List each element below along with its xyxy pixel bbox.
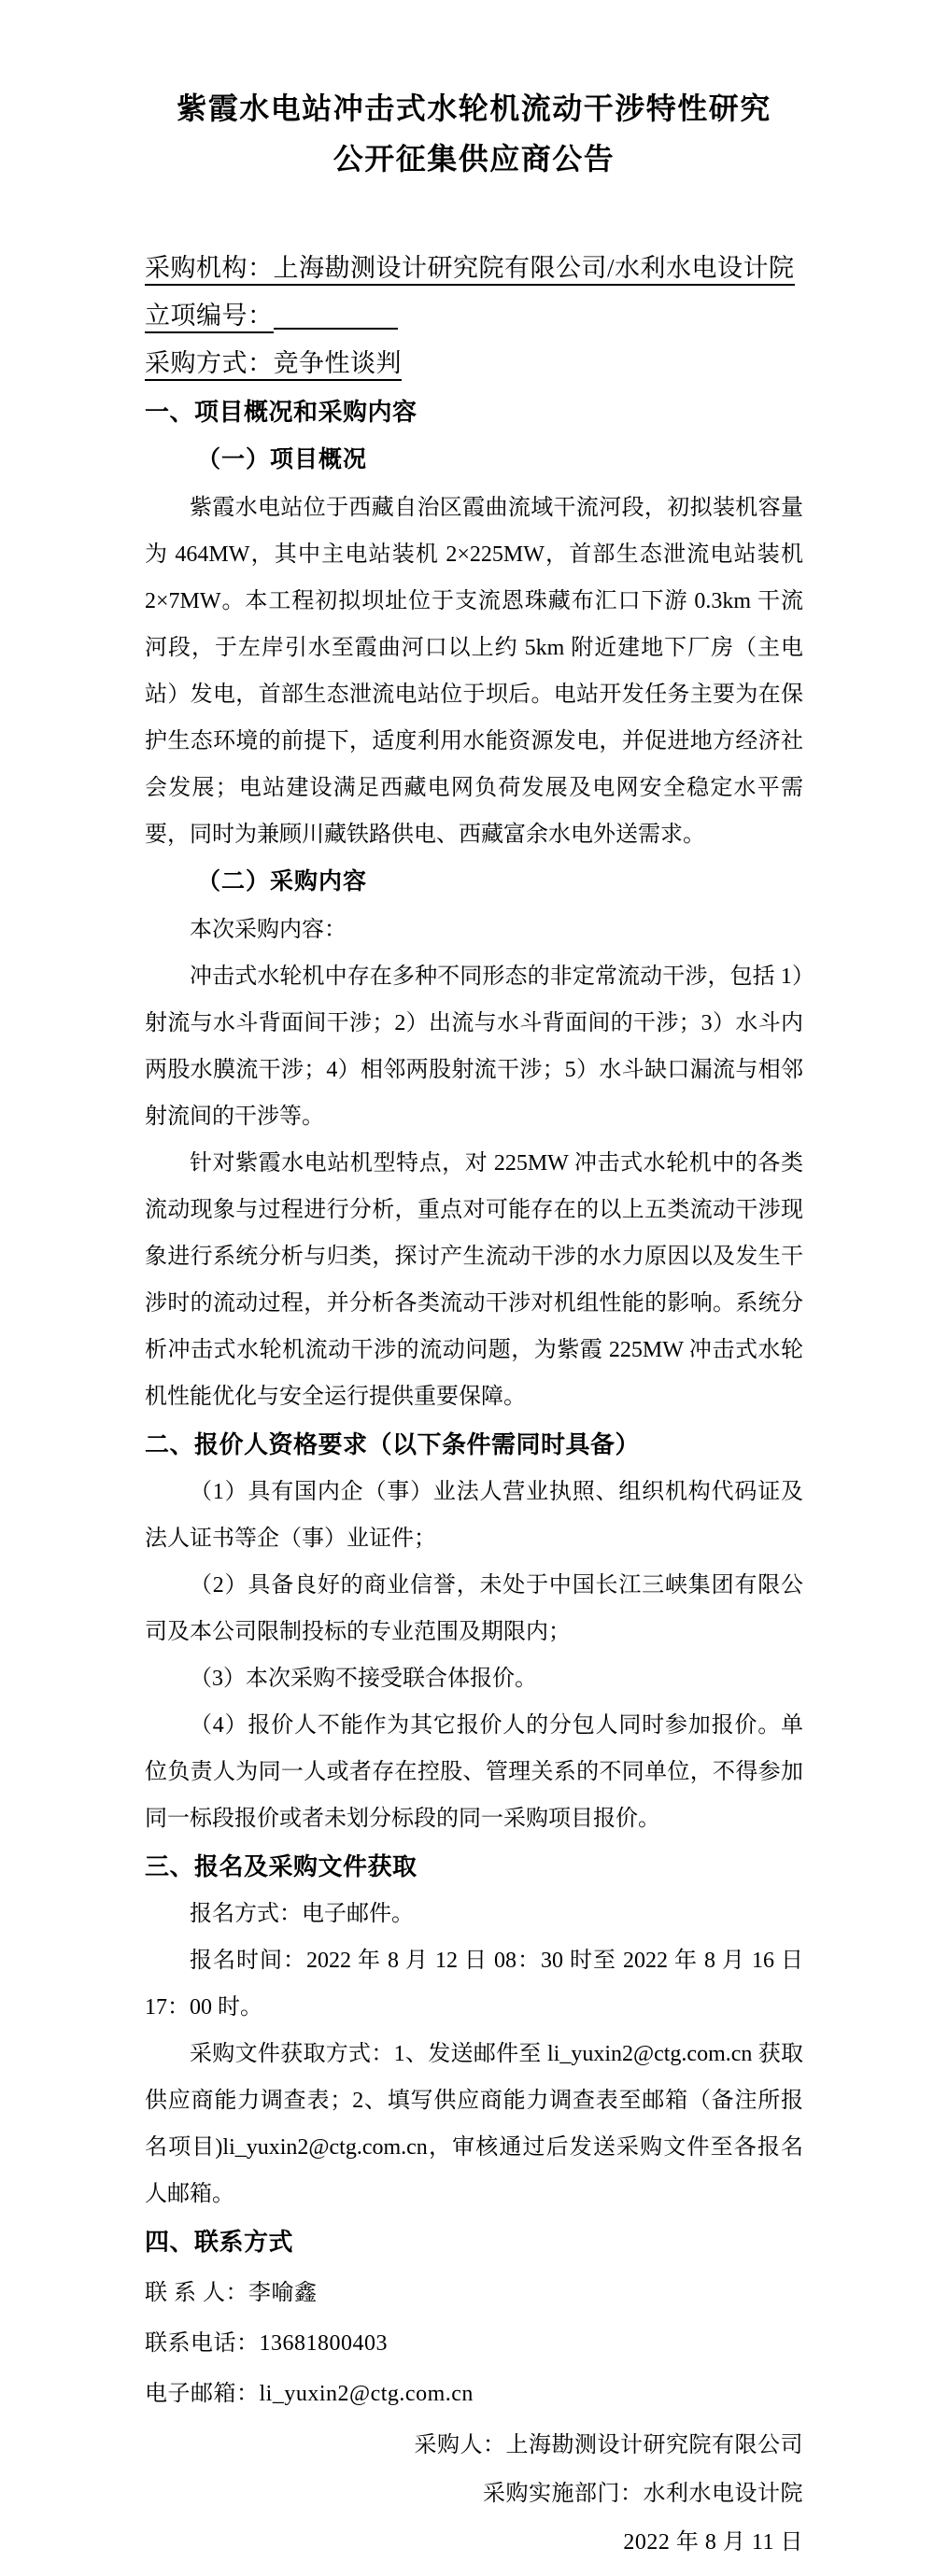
contact-person-line: 联 系 人：李喻鑫	[145, 2268, 803, 2318]
announcement-date: 2022 年 8 月 11 日	[145, 2518, 803, 2567]
signature-block: 采购人：上海勘测设计研究院有限公司 采购实施部门：水利水电设计院 2022 年 …	[145, 2419, 803, 2567]
implementing-department-line: 采购实施部门：水利水电设计院	[145, 2470, 803, 2518]
project-number-label: 立项编号：	[145, 302, 274, 333]
project-number-blank	[274, 305, 398, 330]
contact-email-line: 电子邮箱：li_yuxin2@ctg.com.cn	[145, 2369, 803, 2419]
project-overview-paragraph: 紫霞水电站位于西藏自治区霞曲流域干流河段，初拟装机容量为 464MW，其中主电站…	[145, 485, 803, 858]
section4-heading: 四、联系方式	[145, 2217, 803, 2266]
procurement-content-intro: 本次采购内容：	[145, 907, 803, 953]
document-acquisition-paragraph: 采购文件获取方式：1、发送邮件至 li_yuxin2@ctg.com.cn 获取…	[145, 2031, 803, 2217]
procurement-method-text: 采购方式：竞争性谈判	[145, 349, 402, 381]
purchaser-line: 采购人：上海勘测设计研究院有限公司	[145, 2421, 803, 2470]
registration-method-paragraph: 报名方式：电子邮件。	[145, 1891, 803, 1937]
contact-info: 联 系 人：李喻鑫 联系电话：13681800403 电子邮箱：li_yuxin…	[145, 2266, 803, 2419]
qualification-item-1: （1）具有国内企（事）业法人营业执照、组织机构代码证及法人证书等企（事）业证件；	[145, 1469, 803, 1562]
section1-heading: 一、项目概况和采购内容	[145, 387, 803, 436]
qualification-item-3: （3）本次采购不接受联合体报价。	[145, 1655, 803, 1702]
procurement-content-paragraph-1: 冲击式水轮机中存在多种不同形态的非定常流动干涉，包括 1）射流与水斗背面间干涉；…	[145, 953, 803, 1140]
procurement-agency-field: 采购机构：上海勘测设计研究院有限公司/水利水电设计院	[145, 245, 803, 292]
project-number-field: 立项编号：	[145, 292, 803, 340]
header-fields: 采购机构：上海勘测设计研究院有限公司/水利水电设计院 立项编号： 采购方式：竞争…	[145, 177, 803, 387]
section1-sub1-heading: （一）项目概况	[145, 436, 803, 485]
section2-heading: 二、报价人资格要求（以下条件需同时具备）	[145, 1420, 803, 1469]
qualification-item-2: （2）具备良好的商业信誉，未处于中国长江三峡集团有限公司及本公司限制投标的专业范…	[145, 1562, 803, 1655]
section1-sub2-heading: （二）采购内容	[145, 858, 803, 907]
contact-phone-line: 联系电话：13681800403	[145, 2318, 803, 2369]
document-title-line2: 公开征集供应商公告	[145, 127, 803, 177]
qualification-item-4: （4）报价人不能作为其它报价人的分包人同时参加报价。单位负责人为同一人或者存在控…	[145, 1702, 803, 1842]
procurement-agency-text: 采购机构：上海勘测设计研究院有限公司/水利水电设计院	[145, 254, 795, 286]
procurement-content-paragraph-2: 针对紫霞水电站机型特点，对 225MW 冲击式水轮机中的各类流动现象与过程进行分…	[145, 1140, 803, 1420]
procurement-method-field: 采购方式：竞争性谈判	[145, 340, 803, 387]
section3-heading: 三、报名及采购文件获取	[145, 1842, 803, 1891]
registration-time-paragraph: 报名时间：2022 年 8 月 12 日 08：30 时至 2022 年 8 月…	[145, 1937, 803, 2031]
document-title-line1: 紫霞水电站冲击式水轮机流动干涉特性研究	[145, 0, 803, 127]
announcement-document: 紫霞水电站冲击式水轮机流动干涉特性研究 公开征集供应商公告 采购机构：上海勘测设…	[0, 0, 934, 2567]
